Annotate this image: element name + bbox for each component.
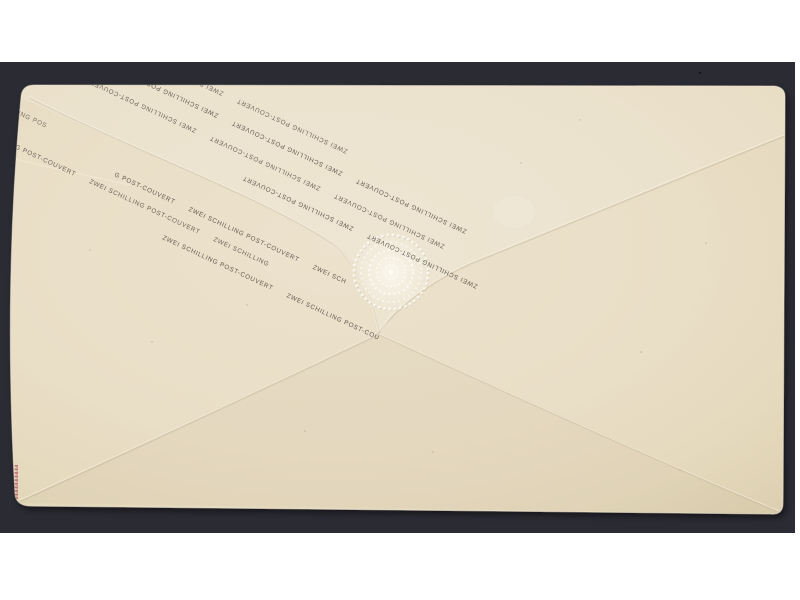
paper-emboss-lump	[493, 196, 535, 228]
envelope-scene: ZWEI SCHILLING POST-COUVERT ZWEI SCHILLI…	[0, 0, 800, 600]
mat-dust-speck	[699, 72, 701, 74]
seal-center	[389, 270, 394, 275]
photo-of-envelope: ZWEI SCHILLING POST-COUVERT ZWEI SCHILLI…	[0, 0, 800, 600]
